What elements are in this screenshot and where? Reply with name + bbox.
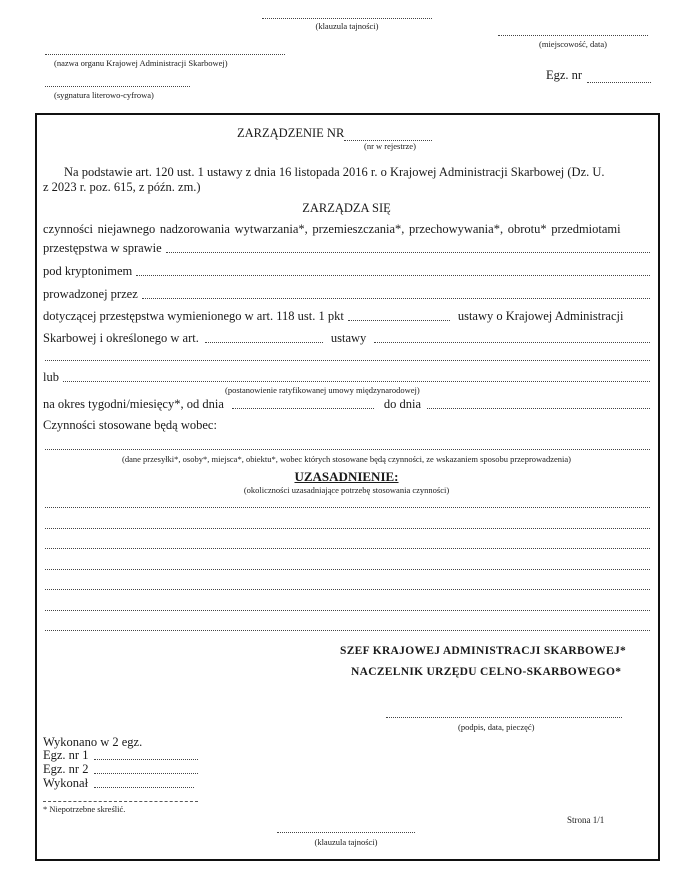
treaty-row: lub (43, 370, 650, 385)
classification-caption-bottom: (klauzula tajności) (277, 837, 415, 847)
offence-row: dotyczącej przestępstwa wymienionego w a… (43, 309, 650, 324)
offence-line2-label: Skarbowej i określonego w art. (43, 331, 199, 346)
classification-caption-top: (klauzula tajności) (262, 21, 432, 31)
justification-line-field[interactable] (45, 507, 650, 508)
or-label: lub (43, 370, 59, 385)
footnote-separator (43, 801, 198, 802)
authority-name-caption: (nazwa organu Krajowej Administracji Ska… (54, 58, 228, 68)
justification-line-field[interactable] (45, 630, 650, 631)
applied-to-label: Czynności stosowane będą wobec: (43, 418, 217, 433)
act-field[interactable] (374, 342, 650, 343)
signature-ref-field[interactable] (45, 86, 190, 87)
offence-suffix: ustawy o Krajowej Administracji (458, 309, 624, 324)
copy-number-row: Egz. nr (546, 68, 651, 83)
copy-number-label: Egz. nr (546, 68, 582, 83)
case-row: przestępstwa w sprawie (43, 241, 650, 256)
classification-field-bottom[interactable] (277, 832, 415, 833)
signatory-line2: NACZELNIK URZĘDU CELNO-SKARBOWEGO* (351, 666, 621, 678)
copy-number-field[interactable] (587, 72, 651, 83)
register-caption: (nr w rejestrze) (364, 141, 416, 151)
executed-by-label: Wykonał (43, 776, 88, 791)
authority-name-field[interactable] (45, 54, 285, 55)
executed-by-row: Wykonał (43, 776, 194, 791)
legal-basis-line1: Na podstawie art. 120 ust. 1 ustawy z dn… (64, 165, 605, 180)
justification-title: UZASADNIENIE: (35, 469, 658, 485)
signatory-line1: SZEF KRAJOWEJ ADMINISTRACJI SKARBOWEJ* (340, 645, 626, 657)
order-title-row: ZARZĄDZENIE NR (237, 126, 432, 141)
conducted-by-field[interactable] (142, 298, 650, 299)
period-row: na okres tygodni/miesięcy*, od dnia do d… (43, 397, 650, 412)
case-field[interactable] (166, 252, 650, 253)
copy1-label: Egz. nr 1 (43, 748, 88, 763)
offence-point-field[interactable] (348, 320, 450, 321)
copy2-row: Egz. nr 2 (43, 762, 198, 777)
justification-caption: (okoliczności uzasadniające potrzebę sto… (35, 485, 658, 495)
conducted-by-row: prowadzonej przez (43, 287, 650, 302)
applied-to-caption: (dane przesyłki*, osoby*, miejsca*, obie… (35, 454, 658, 464)
order-title: ZARZĄDZENIE NR (237, 126, 344, 141)
period-label: na okres tygodni/miesięcy*, od dnia (43, 397, 224, 412)
applied-to-field[interactable] (45, 449, 650, 450)
date-from-field[interactable] (232, 408, 374, 409)
until-label: do dnia (384, 397, 421, 412)
treaty-caption: (postanowienie ratyfikowanej umowy międz… (225, 385, 420, 395)
directive-heading: ZARZĄDZA SIĘ (35, 201, 658, 216)
treaty-field[interactable] (63, 381, 650, 382)
date-until-field[interactable] (427, 408, 650, 409)
act-label: ustawy (331, 331, 366, 346)
codename-label: pod kryptonimem (43, 264, 132, 279)
order-number-field[interactable] (344, 130, 432, 141)
act-continuation-field[interactable] (45, 360, 650, 361)
justification-line-field[interactable] (45, 548, 650, 549)
signature-caption: (podpis, data, pieczęć) (458, 722, 534, 732)
offence-line2-row: Skarbowej i określonego w art. ustawy (43, 331, 650, 346)
copy1-row: Egz. nr 1 (43, 748, 198, 763)
activities-text: czynności niejawnego nadzorowania wytwar… (43, 222, 621, 237)
article-field[interactable] (205, 342, 323, 343)
signature-field[interactable] (386, 717, 622, 718)
codename-row: pod kryptonimem (43, 264, 650, 279)
footnote: * Niepotrzebne skreślić. (43, 804, 125, 814)
codename-field[interactable] (136, 275, 650, 276)
page-label: Strona 1/1 (567, 815, 604, 825)
justification-line-field[interactable] (45, 569, 650, 570)
copy2-field[interactable] (94, 773, 198, 774)
executed-by-field[interactable] (94, 787, 194, 788)
legal-basis-line2: z 2023 r. poz. 615, z późn. zm.) (43, 180, 201, 195)
signature-ref-caption: (sygnatura literowo-cyfrowa) (54, 90, 154, 100)
case-label: przestępstwa w sprawie (43, 241, 162, 256)
classification-field-top[interactable] (262, 18, 432, 19)
offence-label: dotyczącej przestępstwa wymienionego w a… (43, 309, 344, 324)
place-date-field[interactable] (498, 35, 648, 36)
copy1-field[interactable] (94, 759, 198, 760)
copy2-label: Egz. nr 2 (43, 762, 88, 777)
justification-line-field[interactable] (45, 589, 650, 590)
conducted-by-label: prowadzonej przez (43, 287, 138, 302)
justification-line-field[interactable] (45, 528, 650, 529)
place-date-caption: (miejscowość, data) (498, 39, 648, 49)
justification-line-field[interactable] (45, 610, 650, 611)
